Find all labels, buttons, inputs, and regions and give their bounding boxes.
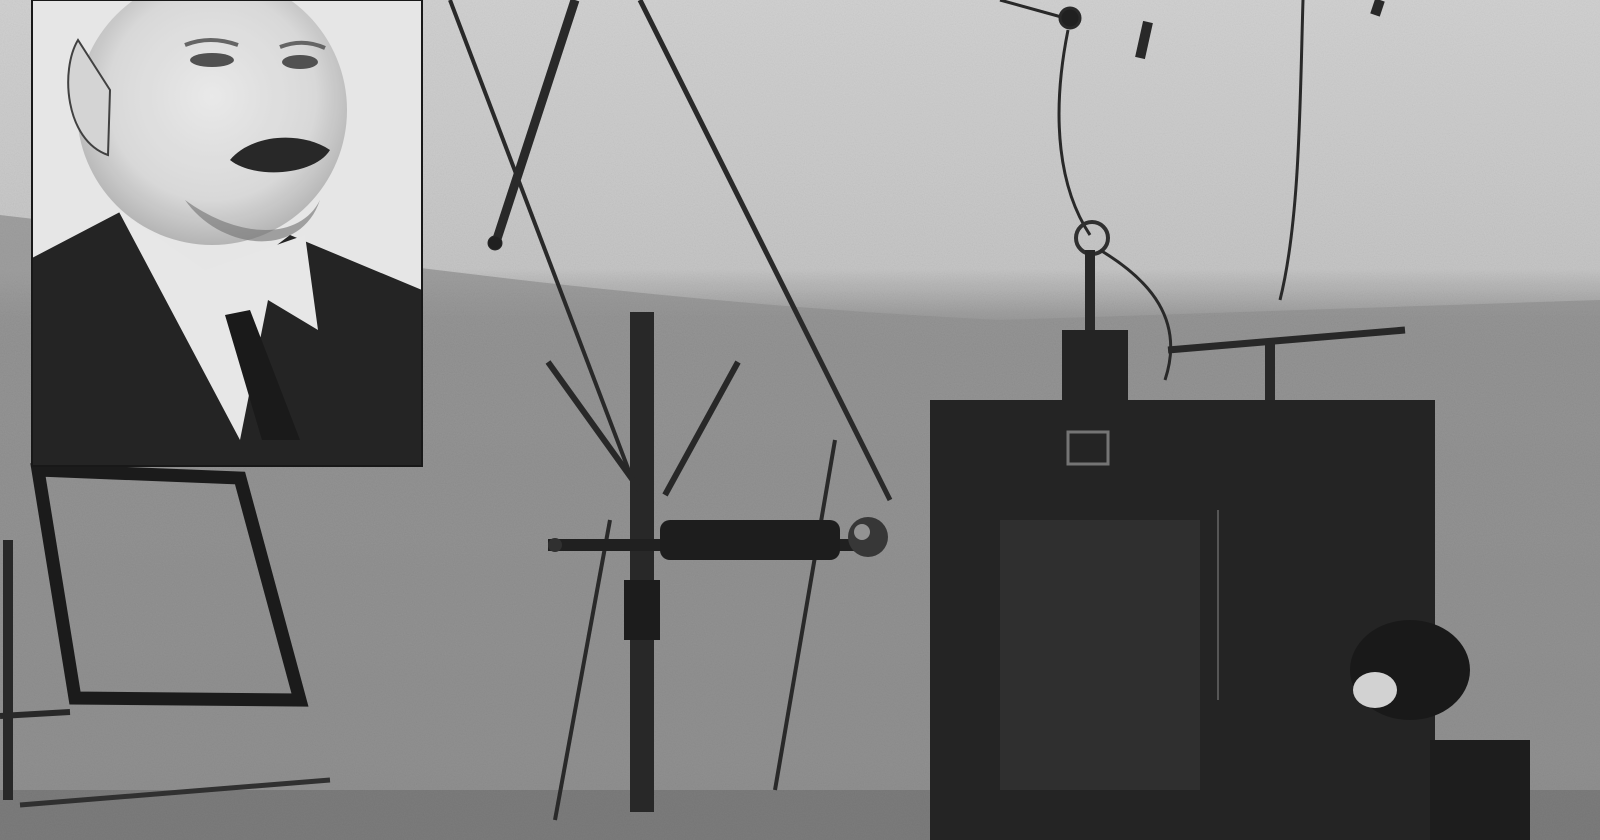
photograph: Early radio / wireless telegraphy appara…	[0, 0, 1600, 840]
photo-scene	[0, 0, 1600, 840]
